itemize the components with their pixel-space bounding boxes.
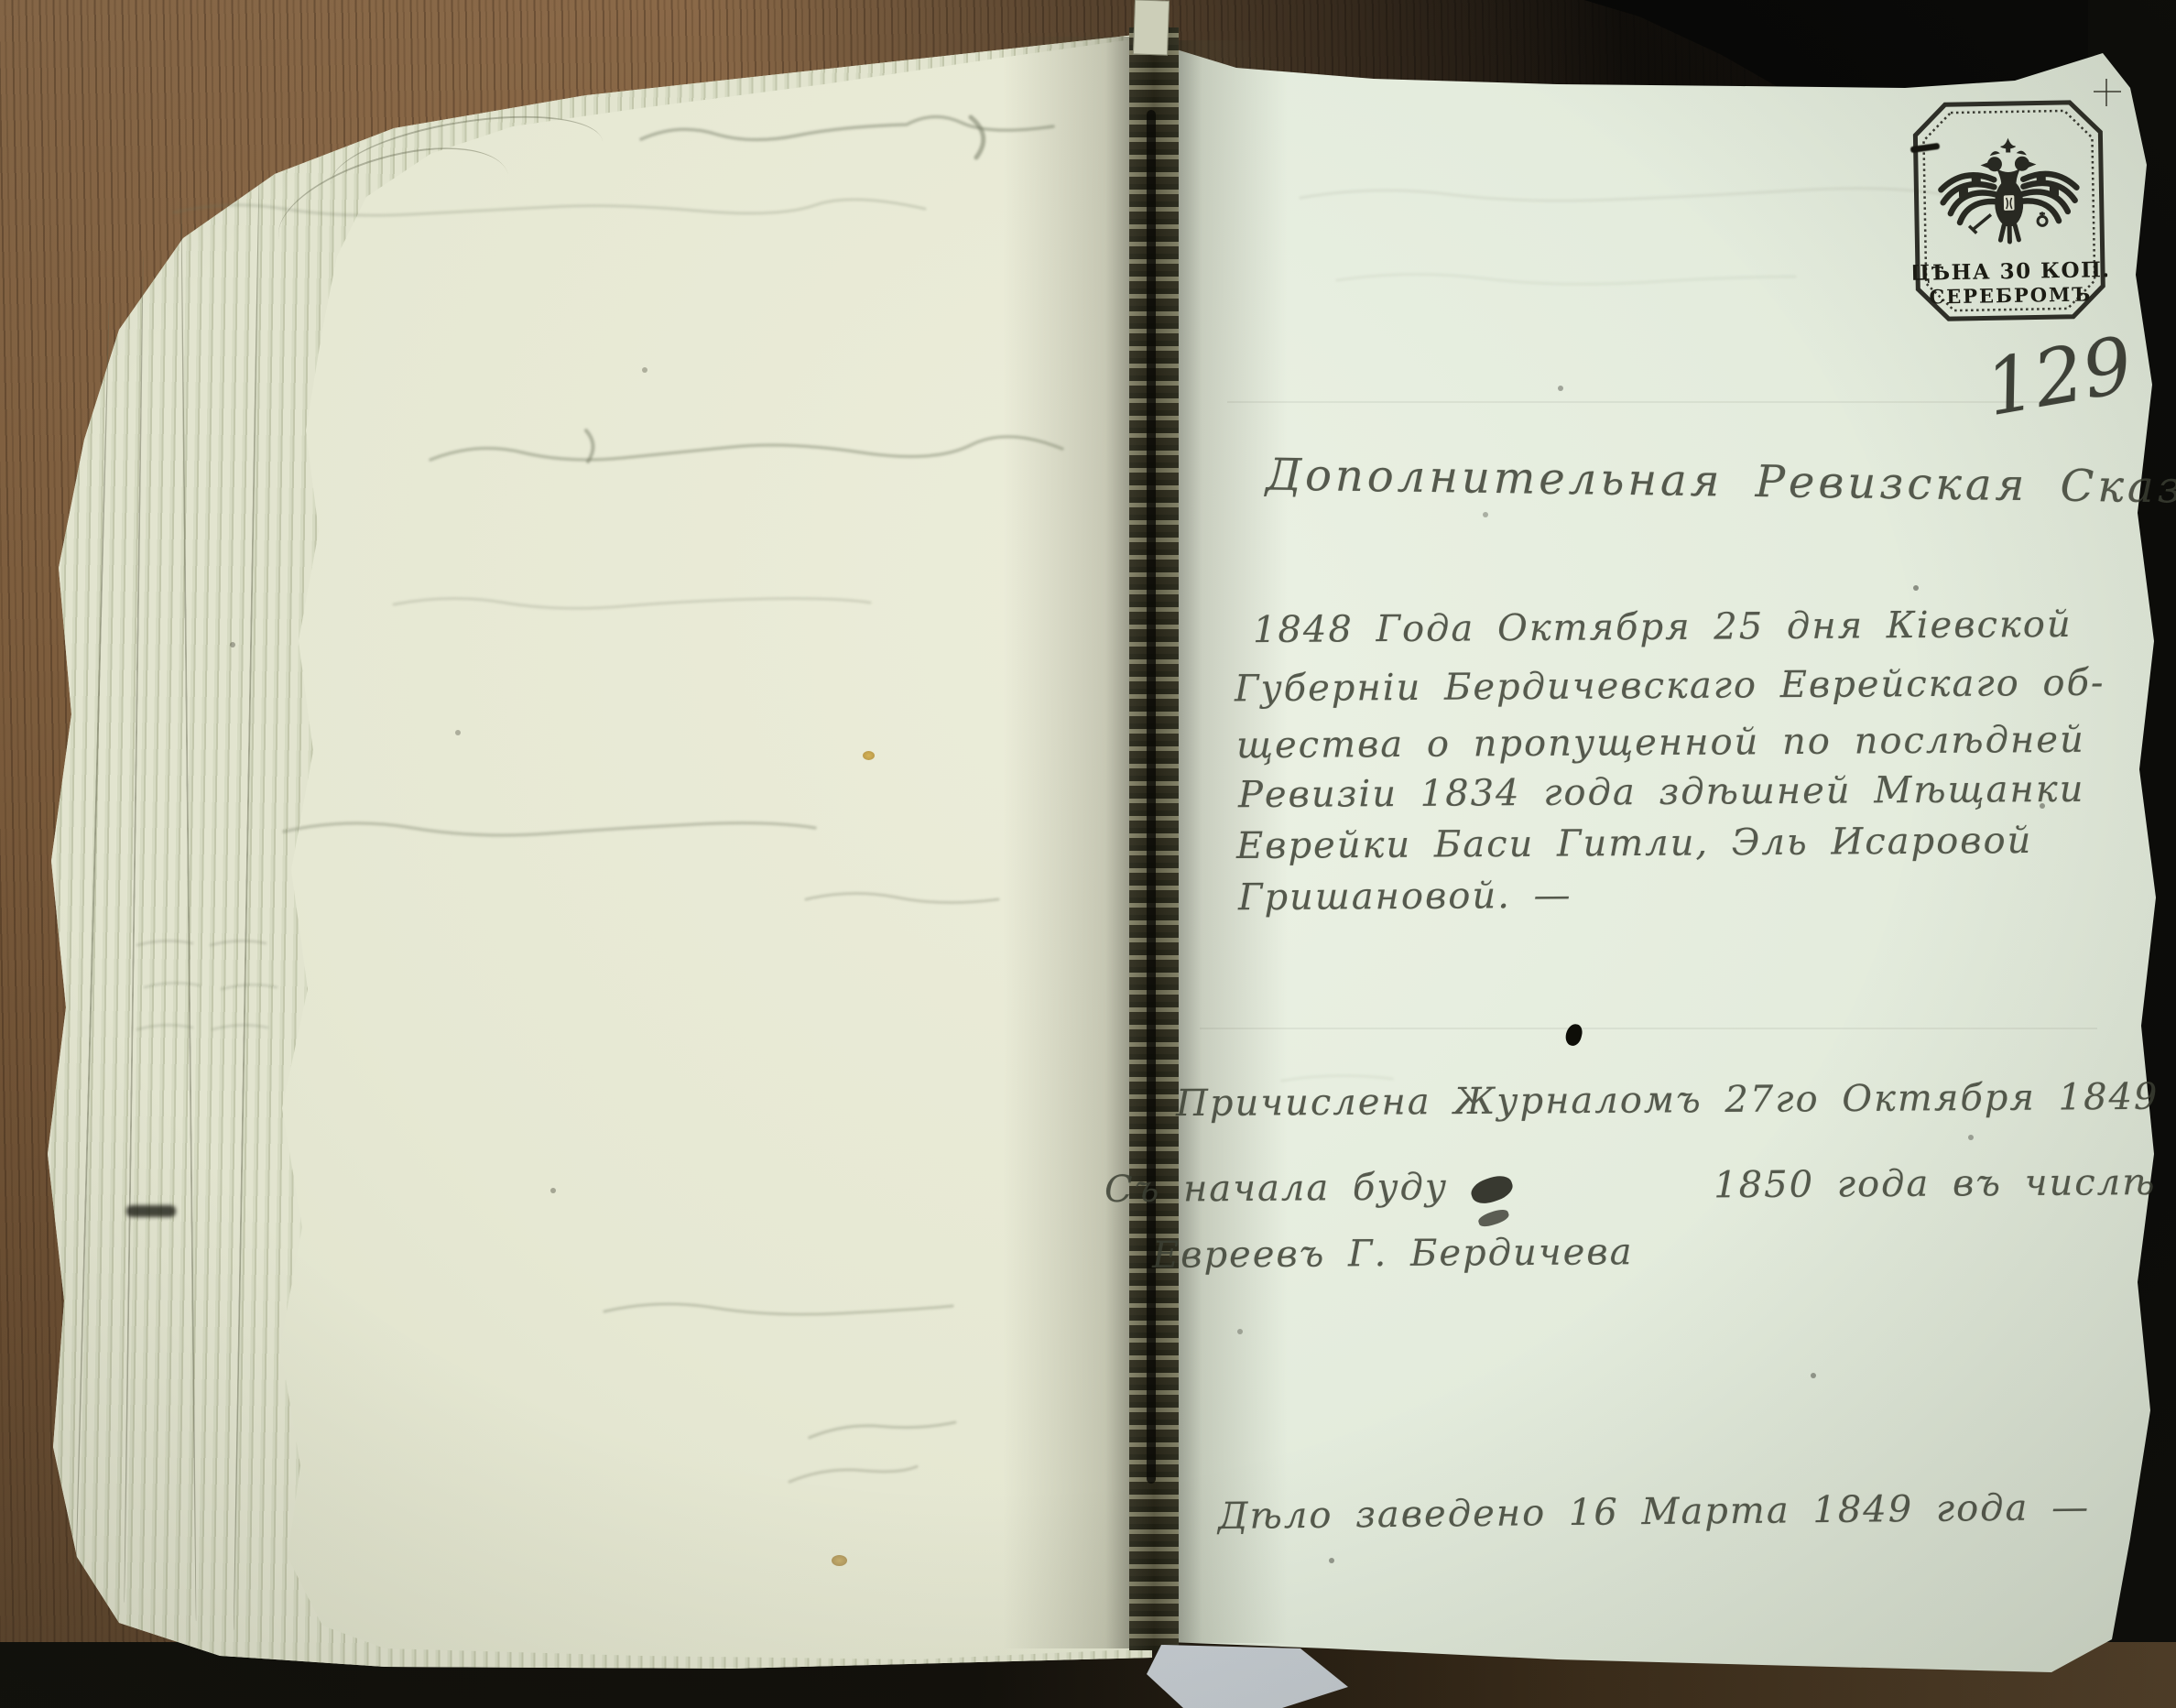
spacer — [1536, 1198, 1692, 1199]
handwritten-line: Губерніи Бердичевскаго Еврейскаго об- — [1235, 662, 2105, 711]
handwritten-line: Ревизіи 1834 года здѣшней Мѣщанки — [1238, 768, 2085, 816]
handwritten-line: Гришановой. — — [1238, 875, 1572, 919]
double-headed-eagle-icon — [1940, 138, 2077, 244]
paper-crease — [1227, 401, 2051, 403]
stamp-material-text: СЕРЕБРОМЪ — [1929, 282, 2092, 308]
revenue-stamp: ЦѢНА 30 КОП. СЕРЕБРОМЪ — [1910, 97, 2109, 341]
handwritten-line: щества о пропущенной по послѣдней — [1236, 719, 2085, 767]
dark-smudge — [126, 1205, 176, 1217]
paper-specks — [0, 0, 4, 4]
photo-of-open-record-book: ЦѢНА 30 КОП. СЕРЕБРОМЪ 129 Дополнительна… — [0, 0, 2176, 1708]
handwritten-line: Еврейки Баси Гитли, Эль Исаровой — [1236, 820, 2033, 867]
paper-crease — [1200, 1028, 2097, 1029]
ink-smudge — [1468, 1171, 1516, 1207]
note-line2-left: Съ начала буду — [1104, 1166, 1448, 1211]
wax-stain — [832, 1555, 847, 1566]
wax-stain — [863, 751, 875, 760]
handwritten-note-line: Евреевъ Г. Бердичева — [1152, 1231, 1634, 1277]
revenue-stamp-graphic: ЦѢНА 30 КОП. СЕРЕБРОМЪ — [1910, 97, 2109, 341]
handwritten-note-line: Причислена Журналомъ 27го Октября 1849 г… — [1176, 1075, 2176, 1125]
note-line2-right: 1850 года въ числѣ — [1714, 1161, 2156, 1206]
handwritten-line: 1848 Года Октября 25 дня Кіевской — [1253, 604, 2073, 651]
pencil-cross-mark — [2105, 79, 2107, 106]
pencil-cross-mark — [2094, 91, 2121, 92]
handwritten-note-line: Съ начала буду 1850 года въ числѣ — [1104, 1161, 2157, 1211]
stamp-price-text: ЦѢНА 30 КОП. — [1910, 257, 2109, 286]
